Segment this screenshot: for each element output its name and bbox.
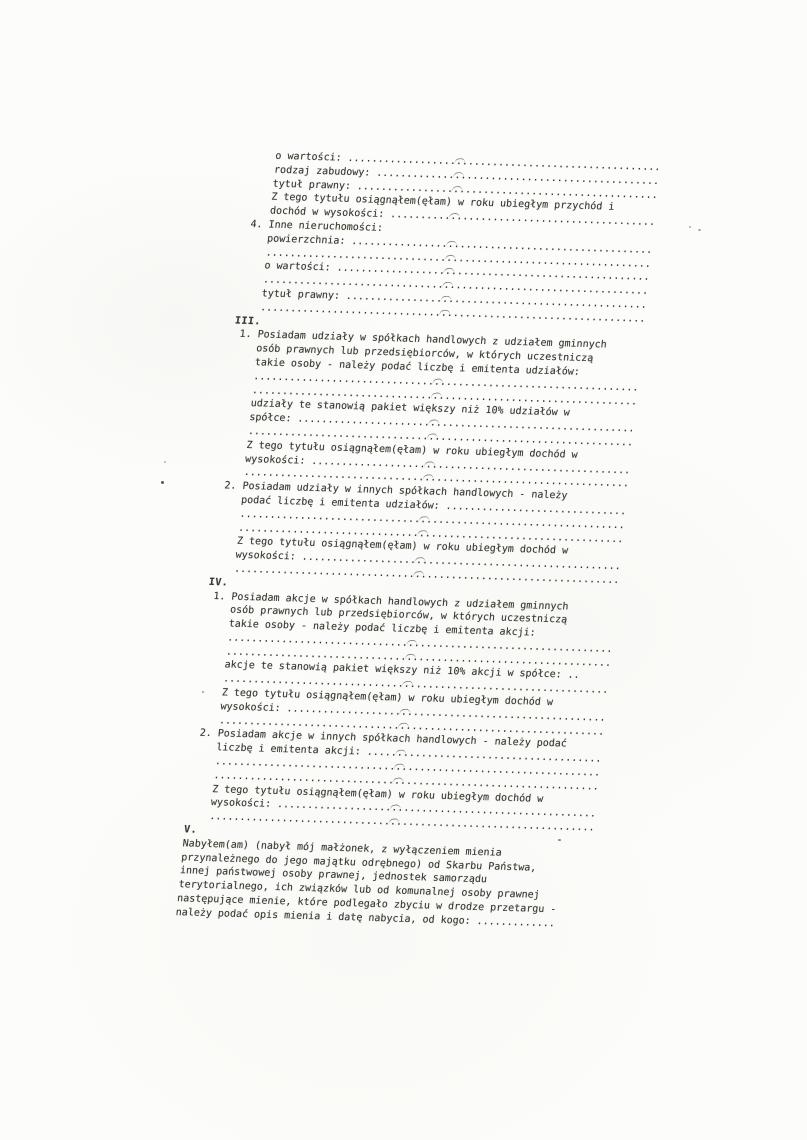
scan-crease-mark bbox=[442, 282, 453, 289]
scan-crease-mark bbox=[428, 419, 439, 426]
scan-speck bbox=[689, 226, 691, 228]
scan-crease-mark bbox=[446, 240, 457, 247]
scan-speck bbox=[164, 461, 166, 463]
scan-crease-mark bbox=[439, 309, 450, 316]
scan-crease-mark bbox=[419, 515, 430, 522]
scan-crease-mark bbox=[398, 722, 409, 729]
scan-speck bbox=[698, 229, 701, 231]
document-text: o wartości: ............................… bbox=[175, 149, 661, 932]
scan-crease-mark bbox=[424, 460, 435, 467]
scan-crease-mark bbox=[392, 777, 403, 784]
document-sheet: o wartości: ............................… bbox=[0, 0, 807, 1140]
scan-crease-mark bbox=[440, 295, 451, 302]
scan-crease-mark bbox=[390, 805, 401, 812]
scan-speck bbox=[558, 839, 561, 841]
scan-crease-mark bbox=[388, 818, 399, 825]
scan-crease-mark bbox=[406, 639, 417, 646]
scan-crease-mark bbox=[394, 763, 405, 770]
scan-crease-mark bbox=[427, 433, 438, 440]
scan-crease-mark bbox=[423, 474, 434, 481]
scan-crease-mark bbox=[445, 254, 456, 261]
scan-crease-mark bbox=[402, 681, 413, 688]
scanned-document-page: { "page": { "kind": "scanned typewritten… bbox=[0, 0, 807, 1140]
scan-crease-mark bbox=[399, 708, 410, 715]
scan-speck bbox=[161, 481, 164, 484]
scan-crease-mark bbox=[432, 378, 443, 385]
scan-crease-mark bbox=[431, 392, 442, 399]
scan-crease-mark bbox=[413, 571, 424, 578]
scan-crease-mark bbox=[443, 268, 454, 275]
scan-crease-mark bbox=[451, 185, 462, 192]
scan-crease-mark bbox=[395, 749, 406, 756]
scan-crease-mark bbox=[453, 171, 464, 178]
scan-crease-mark bbox=[417, 529, 428, 536]
scan-crease-mark bbox=[414, 557, 425, 564]
scan-crease-mark bbox=[449, 213, 460, 220]
scan-crease-mark bbox=[405, 653, 416, 660]
scan-speck bbox=[202, 691, 204, 693]
scan-crease-mark bbox=[454, 158, 465, 165]
